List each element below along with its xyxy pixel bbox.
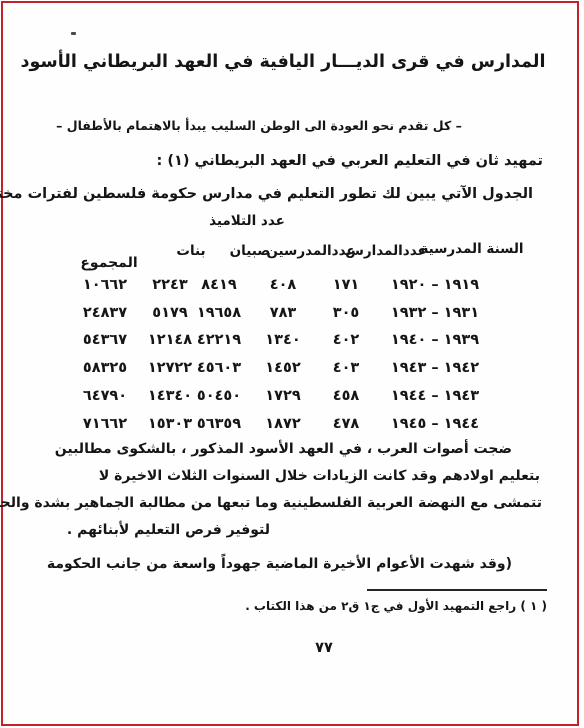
table-cell: ١٩٦٥٨: [197, 305, 241, 321]
paragraph-line: تتمشى مع النهضة العربية الفلسطينية وما ت…: [0, 495, 542, 511]
table-cell: ٧٨٣: [270, 305, 297, 321]
table-cell: ١٣٤٠: [265, 332, 300, 348]
table-cell: ١٨٧٢: [265, 416, 300, 432]
table-cell: ٤٥٦٠٣: [197, 360, 241, 376]
table-cell: ٤٧٨: [333, 416, 360, 432]
table-cell: ٤٠٣: [333, 360, 360, 376]
table-cell: ١٤٣٤٠: [148, 388, 192, 404]
table-cell: ١٩٤٢ – ١٩٤٣: [391, 360, 479, 376]
paragraph-line: بتعليم اولادهم وقد كانت الزيادات خلال ال…: [99, 468, 540, 484]
table-cell: ١٩٤٤ – ١٩٤٥: [391, 416, 479, 432]
col-header-total: المجموع: [80, 255, 137, 271]
col-header-boys: صبيان: [230, 243, 271, 259]
paragraph-line: ضجت أصوات العرب ، في العهد الأسود المذكو…: [55, 441, 512, 457]
table-cell: ٦٤٧٩٠: [83, 388, 127, 404]
table-cell: ١٩٣١ – ١٩٣٢: [391, 305, 479, 321]
table-cell: ٧١٦٦٢: [83, 416, 127, 432]
table-intro-sentence: الجدول الآتي يبين لك تطور التعليم في مدا…: [0, 186, 533, 202]
table-row: ١٩٣١ – ١٩٣٢٣٠٥٧٨٣١٩٦٥٨٥١٧٩٢٤٨٣٧: [0, 305, 584, 329]
table-cell: ١٥٣٠٣: [148, 416, 192, 432]
table-row: ١٩١٩ – ١٩٢٠١٧١٤٠٨٨٤١٩٢٢٤٣١٠٦٦٢: [0, 277, 584, 301]
table-cell: ٤٢٢١٩: [197, 332, 241, 348]
table-cell: ٥٨٣٢٥: [83, 360, 127, 376]
table-cell: ٢٢٤٣: [152, 277, 187, 293]
scanned-book-page: المدارس في قرى الديـــار اليافية في العه…: [0, 0, 584, 728]
table-cell: ١٠٦٦٢: [83, 277, 127, 293]
table-cell: ١٩١٩ – ١٩٢٠: [391, 277, 479, 293]
students-count-label: عدد التلاميذ: [209, 213, 285, 229]
table-cell: ١٢١٤٨: [148, 332, 192, 348]
table-cell: ٤٥٨: [333, 388, 360, 404]
table-cell: ٥١٧٩: [152, 305, 187, 321]
table-row: ١٩٣٩ – ١٩٤٠٤٠٢١٣٤٠٤٢٢١٩١٢١٤٨٥٤٣٦٧: [0, 332, 584, 356]
table-cell: ٤٠٢: [333, 332, 360, 348]
epigraph-quote: – كل تقدم نحو العودة الى الوطن السليب يب…: [56, 118, 462, 133]
table-cell: ١٩٣٩ – ١٩٤٠: [391, 332, 479, 348]
second-paragraph-opening: (وقد شهدت الأعوام الأخيرة الماضية جهوداً…: [47, 556, 512, 572]
table-cell: ٥٤٣٦٧: [83, 332, 127, 348]
table-cell: ٣٠٥: [333, 305, 360, 321]
section-heading: تمهيد ثان في التعليم العربي في العهد الب…: [157, 153, 543, 169]
table-cell: ١٤٥٢: [265, 360, 300, 376]
table-cell: ١٩٤٣ – ١٩٤٤: [391, 388, 479, 404]
table-cell: ٥٠٤٥٠: [197, 388, 241, 404]
table-cell: ١٧١: [333, 277, 360, 293]
paragraph-line: لتوفير فرص التعليم لأبنائهم .: [67, 522, 270, 538]
table-cell: ٨٤١٩: [201, 277, 236, 293]
table-cell: ١٧٢٩: [265, 388, 300, 404]
scan-speck-artifact: [71, 32, 76, 35]
table-row: ١٩٤٤ – ١٩٤٥٤٧٨١٨٧٢٥٦٣٥٩١٥٣٠٣٧١٦٦٢: [0, 416, 584, 440]
col-header-teachers-count: عددالمدرسين: [266, 243, 355, 259]
col-header-girls: بنات: [176, 243, 205, 259]
table-cell: ١٢٧٢٢: [148, 360, 192, 376]
table-cell: ٥٦٣٥٩: [197, 416, 241, 432]
table-row: ١٩٤٢ – ١٩٤٣٤٠٣١٤٥٢٤٥٦٠٣١٢٧٢٢٥٨٣٢٥: [0, 360, 584, 384]
table-cell: ٤٠٨: [270, 277, 297, 293]
footnote-text: ( ١ ) راجع التمهيد الأول في ج١ ق٢ من هذا…: [245, 599, 547, 613]
page-number: ٧٧: [315, 640, 333, 656]
col-header-school-year: السنة المدرسية: [420, 241, 523, 257]
page-title: المدارس في قرى الديـــار اليافية في العه…: [21, 52, 546, 72]
table-cell: ٢٤٨٣٧: [83, 305, 127, 321]
col-header-schools-count: عددالمدارس: [345, 243, 427, 259]
table-row: ١٩٤٣ – ١٩٤٤٤٥٨١٧٢٩٥٠٤٥٠١٤٣٤٠٦٤٧٩٠: [0, 388, 584, 412]
footnote-separator-rule: [367, 589, 547, 591]
